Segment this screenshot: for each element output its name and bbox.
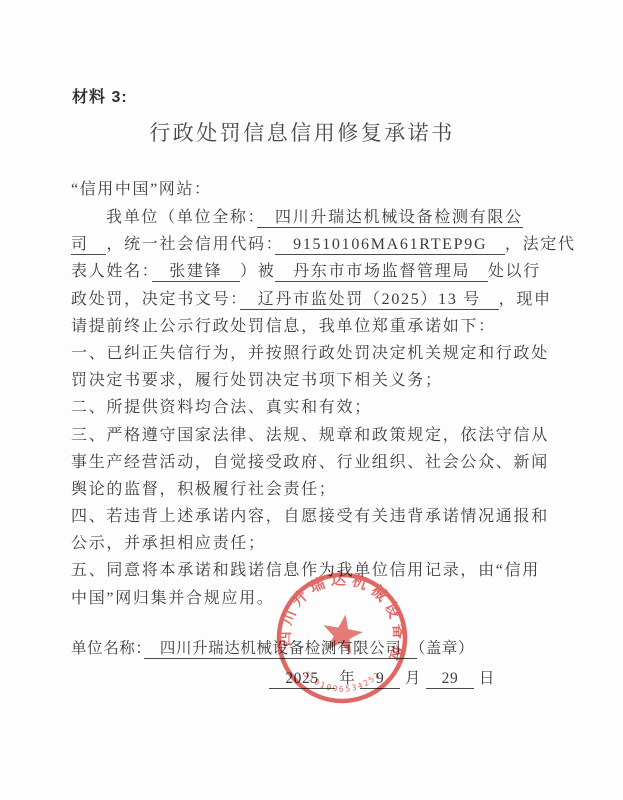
text-segment: 一、已纠正失信行为，并按照行政处罚决定机关规定和行政处 [71,345,549,362]
text-segment: 中国”网归集并合规应用。 [71,590,275,607]
text-line: 请提前终止公示行政处罚信息，我单位郑重承诺如下： [71,313,576,340]
document-title: 行政处罚信息信用修复承诺书 [0,117,604,147]
text-line: 表人姓名： 张建锋 ）被 丹东市市场监督管理局 处以行 [71,258,576,285]
text-segment: 年 [335,670,360,687]
text-segment: 五、同意将本承诺和践诺信息作为我单位信用记录，由“信用 [71,562,540,579]
text-line: 司 ，统一社会信用代码： 91510106MA61RTEP9G ，法定代 [71,231,576,258]
text-line: 一、已纠正失信行为，并按照行政处罚决定机关规定和行政处 [71,340,576,367]
text-segment: ）被 [240,263,275,280]
filled-in-value: 司 [71,236,106,255]
text-segment: 四、若违背上述承诺内容，自愿接受有关违背承诺情况通报和 [71,508,549,525]
filled-in-value: 四川升瑞达机械设备检测有限公 [257,209,523,228]
text-segment: 公示，并承担相应责任； [71,535,266,552]
text-line: 二、所提供资料均合法、真实和有效； [71,394,576,421]
text-segment: （盖章） [417,640,474,657]
text-segment: 三、严格遵守国家法律、法规、规章和政策规定，依法守信从 [71,427,549,444]
signature-company-line: 单位名称： 四川升瑞达机械设备检测有限公司 （盖章） [71,634,497,664]
filled-in-value: 9 [360,670,401,689]
text-segment: ，现申 [499,291,552,308]
filled-in-value: 四川升瑞达机械设备检测有限公司 [144,640,418,659]
text-line: 2025 年 9 月 29 日 [71,664,495,694]
text-segment: 月 [400,670,425,687]
filled-in-value: 丹东市市场监督管理局 [275,263,487,282]
filled-in-value: 2025 [269,670,335,689]
text-segment: 罚决定书要求，履行处罚决定书项下相关义务； [71,372,443,389]
filled-in-value: 张建锋 [152,263,241,282]
scanned-document-page: 材料 3: 行政处罚信息信用修复承诺书 “信用中国”网站： 我单位（单位全称： … [0,0,623,800]
text-segment: 我单位（单位全称： [106,209,257,226]
text-segment: 请提前终止公示行政处罚信息，我单位郑重承诺如下： [71,318,496,335]
text-line: 事生产经营活动，自觉接受政府、行业组织、社会公众、新闻 [71,449,576,476]
text-line: 舆论的监督，积极履行社会责任； [71,476,576,503]
text-segment: ，法定代 [505,236,576,253]
filled-in-value: 29 [426,670,475,689]
text-line: 罚决定书要求，履行处罚决定书项下相关义务； [71,367,576,394]
signature-date-line: 2025 年 9 月 29 日 [71,664,495,694]
text-line: 五、同意将本承诺和践诺信息作为我单位信用记录，由“信用 [71,557,576,584]
text-line: 我单位（单位全称： 四川升瑞达机械设备检测有限公 [71,204,576,231]
text-segment: 舆论的监督，积极履行社会责任； [71,481,337,498]
material-label: 材料 3: [72,84,128,107]
text-line: 中国”网归集并合规应用。 [71,585,576,612]
text-line: 四、若违背上述承诺内容，自愿接受有关违背承诺情况通报和 [71,503,576,530]
addressee-line: “信用中国”网站： [71,176,212,199]
filled-in-value: 辽丹市监处罚（2025）13 号 [240,291,499,310]
commitment-body: 我单位（单位全称： 四川升瑞达机械设备检测有限公司 ，统一社会信用代码： 915… [71,204,576,612]
text-line: 单位名称： 四川升瑞达机械设备检测有限公司 （盖章） [71,634,497,664]
text-line: 政处罚，决定书文号： 辽丹市监处罚（2025）13 号 ，现申 [71,286,576,313]
text-segment: 日 [474,670,495,687]
text-segment: 单位名称： [71,640,144,657]
text-segment: 政处罚，决定书文号： [71,291,240,308]
text-segment: 二、所提供资料均合法、真实和有效； [71,399,372,416]
text-segment: ，统一社会信用代码： [106,236,275,253]
text-segment: 事生产经营活动，自觉接受政府、行业组织、社会公众、新闻 [71,454,549,471]
text-segment: 表人姓名： [71,263,152,280]
text-segment: 处以行 [488,263,541,280]
text-line: 公示，并承担相应责任； [71,530,576,557]
filled-in-value: 91510106MA61RTEP9G [275,236,505,255]
text-line: 三、严格遵守国家法律、法规、规章和政策规定，依法守信从 [71,422,576,449]
